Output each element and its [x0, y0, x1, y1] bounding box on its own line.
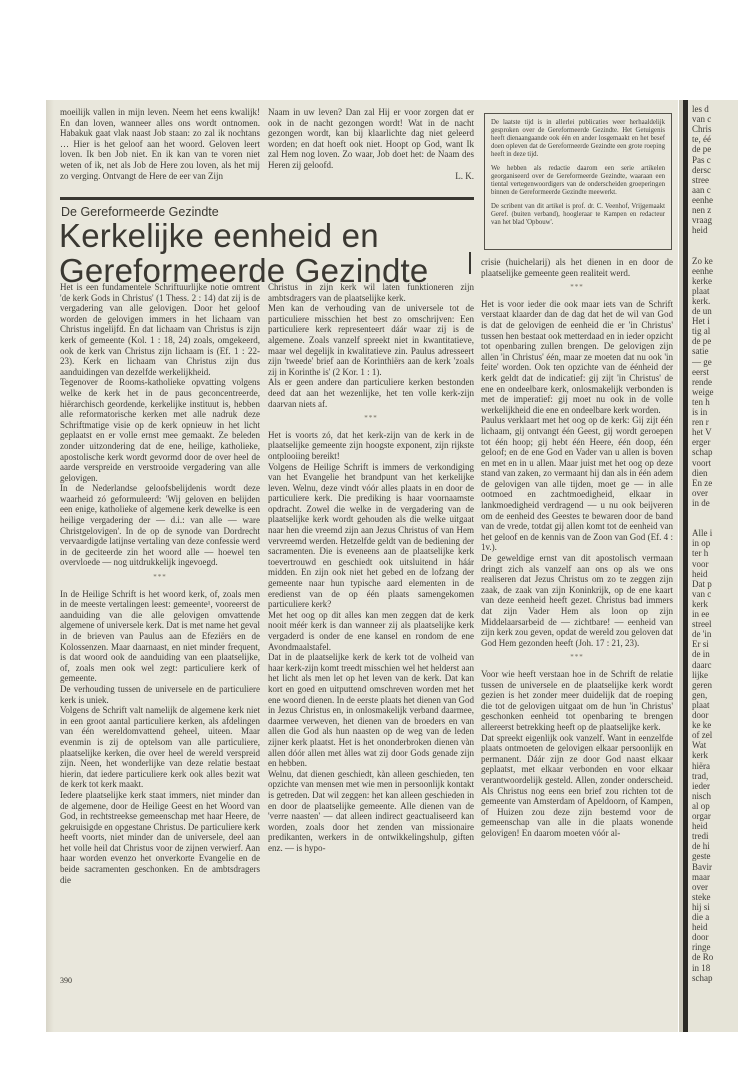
body-paragraph: In de Heilige Schrift is het woord kerk,… — [60, 589, 260, 684]
next-page-line-fragment: stree — [692, 175, 709, 186]
body-paragraph: Welnu, dat dienen geschiedt, kàn alleen … — [268, 769, 474, 854]
body-paragraph: In de Nederlandse geloofsbelijdenis word… — [60, 483, 260, 568]
next-page-line-fragment: aan c — [692, 185, 711, 196]
next-page-line-fragment: heid — [692, 225, 708, 236]
next-page-line-fragment: de pe — [692, 336, 711, 347]
next-page-line-fragment: daarc — [692, 660, 711, 671]
next-page-line-fragment: ten h — [692, 397, 710, 408]
next-page-line-fragment: voor — [692, 559, 709, 570]
next-page-line-fragment: Chris — [692, 124, 712, 135]
next-page-line-fragment: eenhe — [692, 266, 713, 277]
next-page-line-fragment: Het i — [692, 316, 710, 327]
next-page-line-fragment: in op — [692, 538, 710, 549]
next-page-line-fragment: heid — [692, 569, 708, 580]
next-page-line-fragment: lijke — [692, 670, 708, 681]
next-page-line-fragment: tredi — [692, 831, 709, 842]
next-page-line-fragment: plaat — [692, 700, 710, 711]
next-page-line-fragment: Zo ke — [692, 256, 713, 267]
next-page-line-fragment: plaat — [692, 286, 710, 297]
body-paragraph: Het is een fundamentele Schriftuurlijke … — [60, 282, 260, 377]
prev-article-text: Naam in uw leven? Dan zal Hij er voor zo… — [268, 107, 474, 171]
next-page-line-fragment: heid — [692, 821, 708, 832]
next-page-line-fragment: Bavir — [692, 862, 712, 873]
editorial-note-box: De laatste tijd is in allerlei publicati… — [484, 113, 672, 250]
next-page-line-fragment: erger — [692, 437, 710, 448]
next-page-line-fragment: het V — [692, 427, 712, 438]
body-paragraph: Als er geen andere dan particuliere kerk… — [268, 377, 474, 409]
next-page-line-fragment: dien — [692, 468, 708, 479]
body-paragraph: Christus in zijn kerk wil laten funktion… — [268, 282, 474, 303]
title-end-marker — [469, 252, 471, 274]
next-page-line-fragment: eerst — [692, 367, 709, 378]
next-page-line-fragment: En ze — [692, 478, 712, 489]
next-page-line-fragment: — ge — [692, 357, 712, 368]
next-page-line-fragment: kerk — [692, 599, 708, 610]
next-page-line-fragment: de in — [692, 649, 710, 660]
next-page-line-fragment: maar — [692, 872, 710, 883]
next-page-line-fragment: Er si — [692, 639, 709, 650]
next-page-line-fragment: door — [692, 710, 709, 721]
body-paragraph: Paulus verklaart met het oog op de kerk:… — [481, 415, 673, 553]
next-page-line-fragment: te, éé — [692, 134, 711, 145]
next-page-line-fragment: de un — [692, 306, 712, 317]
article-title-line-1: Kerkelijke eenheid en — [59, 217, 379, 254]
next-page-line-fragment: eenhe — [692, 195, 713, 206]
next-page-line-fragment: van c — [692, 589, 711, 600]
section-separator: *** — [268, 413, 474, 424]
page-number: 390 — [60, 976, 72, 985]
next-page-line-fragment: over — [692, 488, 708, 499]
article-column-3: crisie (huichelarij) als het dienen in e… — [481, 257, 673, 838]
next-page-line-fragment: die a — [692, 912, 709, 923]
next-page-line-fragment: door — [692, 932, 709, 943]
body-paragraph: De geweldige ernst van dit apostolisch v… — [481, 553, 673, 648]
body-paragraph: Tegenover de Rooms-katholieke opvatting … — [60, 377, 260, 483]
next-page-line-fragment: tig al — [692, 326, 710, 337]
next-page-line-fragment: les d — [692, 104, 709, 115]
section-divider-rule — [60, 197, 474, 200]
next-page-line-fragment: hij si — [692, 902, 710, 913]
next-page-line-fragment: in ee — [692, 609, 709, 620]
next-page-line-fragment: Wat — [692, 740, 706, 751]
next-page-line-fragment: geste — [692, 851, 711, 862]
next-page-line-fragment: weige — [692, 387, 714, 398]
body-paragraph: Het is voor ieder die ook maar iets van … — [481, 299, 673, 416]
editorial-note-paragraph: We hebben als redactie daarom een serie … — [491, 165, 665, 197]
body-paragraph: De verhouding tussen de universele en de… — [60, 684, 260, 705]
next-page-line-fragment: is in — [692, 407, 707, 418]
next-page-line-fragment: hiëra — [692, 761, 710, 772]
next-page-line-fragment: nisch — [692, 791, 711, 802]
next-page-line-fragment: voort — [692, 458, 711, 469]
next-page-line-fragment: ringe — [692, 942, 711, 953]
next-page-line-fragment: schap — [692, 973, 713, 984]
editorial-note-paragraph: De scribent van dit artikel is prof. dr.… — [491, 203, 665, 227]
next-page-line-fragment: trad, — [692, 771, 708, 782]
next-page-line-fragment: satie — [692, 346, 709, 357]
next-page-line-fragment: gen, — [692, 690, 707, 701]
next-page-line-fragment: schap — [692, 447, 713, 458]
next-page-line-fragment: van c — [692, 114, 711, 125]
next-page-line-fragment: in de — [692, 498, 710, 509]
article-column-2: Christus in zijn kerk wil laten funktion… — [268, 282, 474, 853]
body-paragraph: crisie (huichelarij) als het dienen in e… — [481, 257, 673, 278]
next-page-line-fragment: Alle i — [692, 528, 712, 539]
section-separator: *** — [60, 572, 260, 583]
author-signature: L. K. — [268, 171, 474, 182]
next-page-line-fragment: steke — [692, 892, 711, 903]
next-page-line-fragment: streel — [692, 619, 712, 630]
next-page-line-fragment: ieder — [692, 781, 710, 792]
section-separator: *** — [481, 282, 673, 293]
next-page-line-fragment: de 'in — [692, 629, 711, 640]
article-title: Kerkelijke eenheid en Gereformeerde Gezi… — [59, 218, 428, 288]
prev-article-text: moeilijk vallen in mijn leven. Neem het … — [60, 107, 260, 181]
next-page-line-fragment: kerk — [692, 750, 708, 761]
next-page-line-fragment: ren r — [692, 417, 709, 428]
body-paragraph: Met het oog op dit alles kan men zeggen … — [268, 610, 474, 652]
next-page-line-fragment: ter h — [692, 548, 708, 559]
next-page-line-fragment: Pas c — [692, 155, 711, 166]
editorial-note-paragraph: De laatste tijd is in allerlei publicati… — [491, 119, 665, 159]
body-paragraph: Men kan de verhouding van de universele … — [268, 303, 474, 377]
next-page-line-fragment: of zel — [692, 730, 712, 741]
next-page-line-fragment: ke ke — [692, 720, 711, 731]
section-separator: *** — [481, 652, 673, 663]
article-column-1: Het is een fundamentele Schriftuurlijke … — [60, 282, 260, 885]
body-paragraph: Iedere plaatselijke kerk staat immers, n… — [60, 790, 260, 885]
next-page-line-fragment: al op — [692, 801, 710, 812]
next-page-line-fragment: de pe — [692, 144, 711, 155]
next-page-line-fragment: rende — [692, 377, 712, 388]
next-page-line-fragment: kerk. — [692, 296, 710, 307]
body-paragraph: Volgens de Schrift valt namelijk de alge… — [60, 705, 260, 790]
body-paragraph: Dat in de plaatselijke kerk de kerk tot … — [268, 652, 474, 769]
body-paragraph: Voor wie heeft verstaan hoe in de Schrif… — [481, 669, 673, 733]
next-page-line-fragment: kerke — [692, 276, 712, 287]
next-page-line-fragment: vraag — [692, 215, 712, 226]
next-page-line-fragment: de hi — [692, 841, 710, 852]
prev-article-column-2: Naam in uw leven? Dan zal Hij er voor zo… — [268, 107, 474, 181]
next-page-line-fragment: nen z — [692, 205, 711, 216]
next-page-line-fragment: heid — [692, 922, 708, 933]
next-page-line-fragment: in 18 — [692, 963, 710, 974]
next-page-line-fragment: dersc — [692, 165, 711, 176]
next-page-line-fragment: orgar — [692, 811, 711, 822]
body-paragraph: Het is voorts zó, dat het kerk-zijn van … — [268, 430, 474, 462]
page-edge-shadow — [46, 100, 54, 1032]
body-paragraph: Volgens de Heilige Schrift is immers de … — [268, 462, 474, 610]
next-page-line-fragment: over — [692, 882, 708, 893]
next-page-line-fragment: geren — [692, 680, 712, 691]
next-page-line-fragment: de Ro — [692, 952, 713, 963]
next-page-line-fragment: Dat p — [692, 579, 712, 590]
prev-article-column-1: moeilijk vallen in mijn leven. Neem het … — [60, 107, 260, 181]
body-paragraph: Dat spreekt eigenlijk ook vanzelf. Want … — [481, 733, 673, 839]
